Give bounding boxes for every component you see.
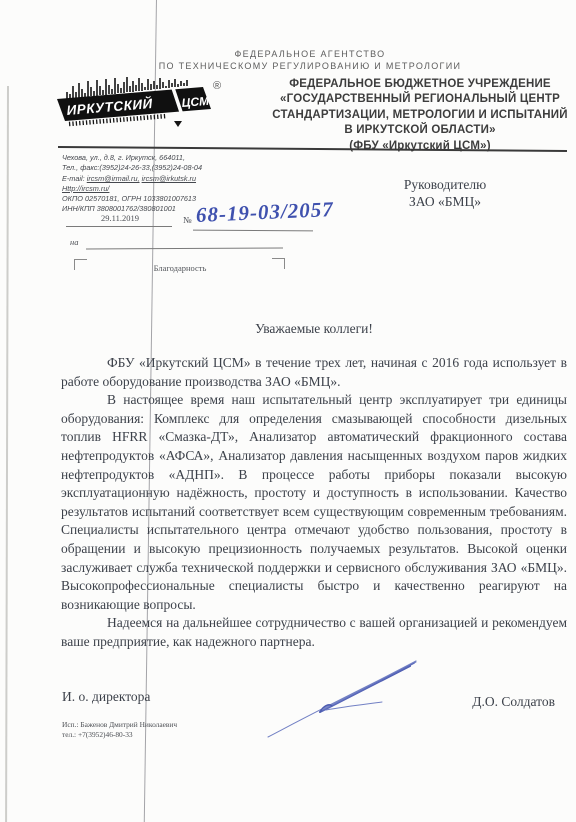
logo-text-sub: ЦСМ (181, 94, 210, 110)
recipient-org: ЗАО «БМЦ» (375, 194, 515, 211)
body-paragraph-2: В настоящее время наш испытательный цент… (61, 391, 567, 614)
registered-mark-icon: ® (213, 80, 221, 92)
number-label: № (183, 215, 192, 225)
scan-edge-artifact (5, 86, 8, 822)
greeting: Уважаемые коллеги! (61, 321, 567, 337)
recipient-block: Руководителю ЗАО «БМЦ» (375, 177, 515, 210)
contact-website: Http://ircsm.ru/ (62, 184, 272, 194)
executor-phone: тел.: +7(3952)46-80-33 (62, 730, 177, 740)
agency-line-1: ФЕДЕРАЛЬНОЕ АГЕНТСТВО (110, 49, 510, 61)
org-line: (ФБУ «Иркутский ЦСМ») (268, 139, 572, 154)
org-line: «ГОСУДАРСТВЕННЫЙ РЕГИОНАЛЬНЫЙ ЦЕНТР (268, 92, 572, 107)
letter-date: 29.11.2019 (68, 213, 172, 223)
contact-email-line: E-mail: ircsm@irmail.ru, ircsm@irkutsk.r… (62, 174, 272, 184)
org-line: ФЕДЕРАЛЬНОЕ БЮДЖЕТНОЕ УЧРЕЖДЕНИЕ (268, 77, 572, 92)
contact-phone-fax: Тел., факс:(3952)24-26-33,(3952)24-08-04 (62, 163, 272, 173)
body-paragraph-1: ФБУ «Иркутский ЦСМ» в течение трех лет, … (61, 354, 567, 391)
irkutsk-csm-logo: ИРКУТСКИЙ ЦСМ ® (55, 74, 227, 134)
signer-name: Д.О. Солдатов (440, 694, 555, 710)
response-label: на (70, 237, 78, 247)
response-underline (86, 247, 283, 249)
date-underline (66, 226, 172, 227)
director-signature-icon (238, 648, 433, 763)
agency-header: ФЕДЕРАЛЬНОЕ АГЕНТСТВО ПО ТЕХНИЧЕСКОМУ РЕ… (110, 49, 510, 72)
executor-note: Исп.: Баженов Дмитрий Николаевич (62, 720, 177, 730)
number-underline (193, 230, 313, 232)
email-address-1: ircsm@irmail.ru, (87, 174, 140, 183)
recipient-title: Руководителю (375, 177, 515, 194)
contact-address: Чехова, ул., д.8, г. Иркутск, 664011, (62, 153, 272, 163)
irkutsk-csm-logo-icon: ИРКУТСКИЙ ЦСМ ® (55, 74, 227, 134)
org-line: СТАНДАРТИЗАЦИИ, МЕТРОЛОГИИ И ИСПЫТАНИЙ (268, 108, 572, 123)
logo-triangle-icon (174, 121, 182, 127)
email-label: E-mail: (62, 174, 85, 183)
executor-block: Исп.: Баженов Дмитрий Николаевич тел.: +… (62, 720, 177, 739)
scanned-letter-page: ФЕДЕРАЛЬНОЕ АГЕНТСТВО ПО ТЕХНИЧЕСКОМУ РЕ… (0, 0, 576, 822)
org-line: В ИРКУТСКОЙ ОБЛАСТИ» (268, 123, 572, 138)
body-paragraph-3: Надеемся на дальнейшее сотрудничество с … (61, 614, 567, 651)
signer-title: И. о. директора (62, 689, 150, 705)
agency-line-2: ПО ТЕХНИЧЕСКОМУ РЕГУЛИРОВАНИЮ И МЕТРОЛОГ… (110, 61, 510, 73)
email-address-2: ircsm@irkutsk.ru (142, 174, 196, 183)
letter-body: ФБУ «Иркутский ЦСМ» в течение трех лет, … (61, 354, 567, 652)
org-name-block: ФЕДЕРАЛЬНОЕ БЮДЖЕТНОЕ УЧРЕЖДЕНИЕ «ГОСУДА… (268, 77, 572, 154)
subject-line: Благодарность (74, 263, 286, 273)
